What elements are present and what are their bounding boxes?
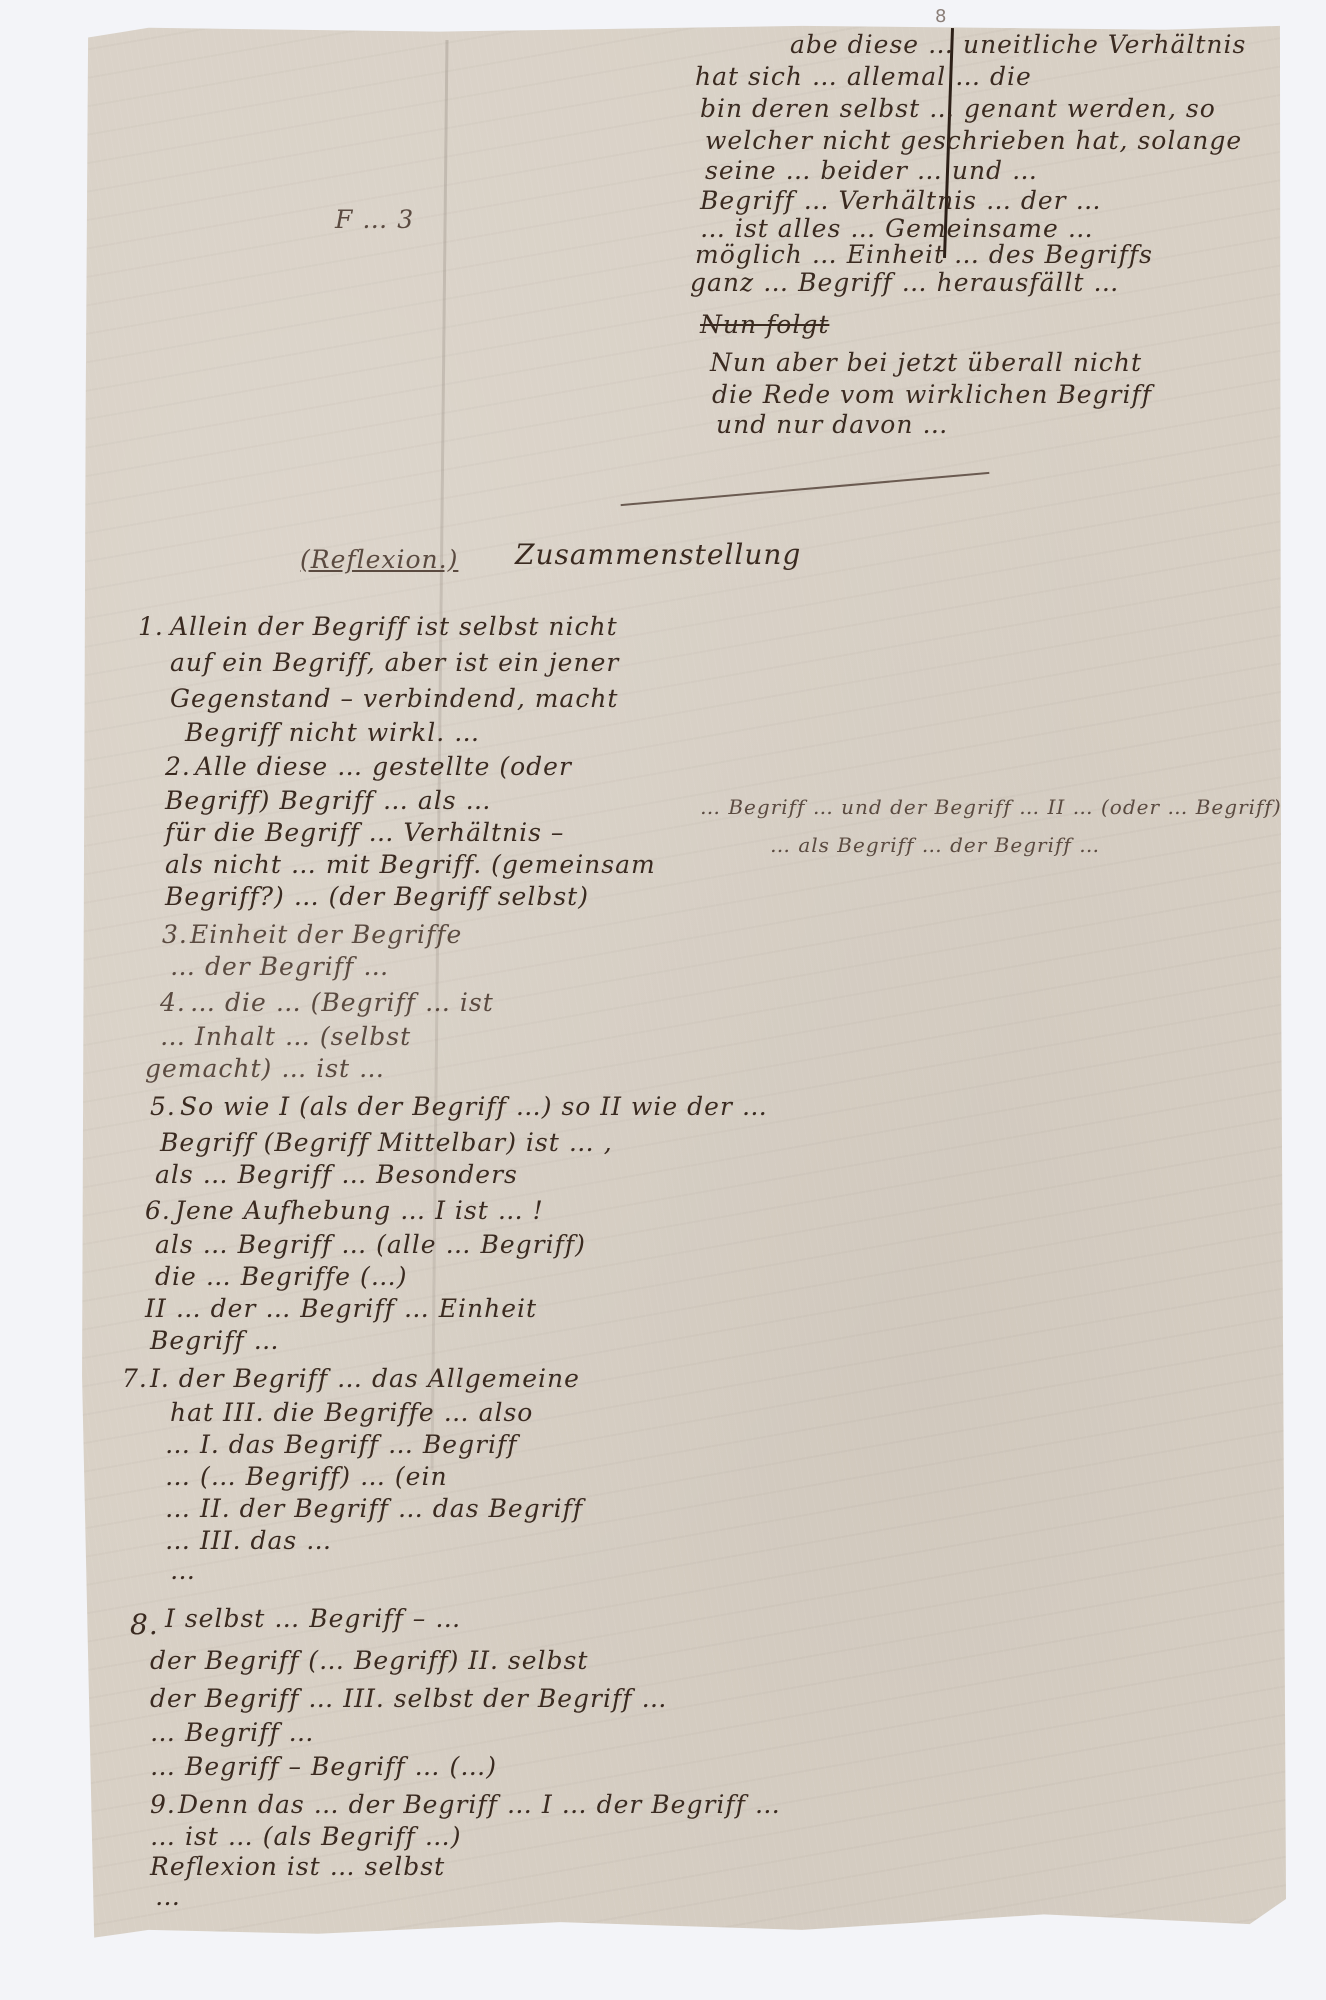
note-line: seine … beider … und … [705,156,1038,186]
item-line: So wie I (als der Begriff …) so II wie d… [180,1092,768,1122]
note-line: Begriff … Verhältnis … der … [700,186,1102,216]
note-line: hat sich … allemal … die [695,62,1032,92]
item-line: als … Begriff … (alle … Begriff) [155,1230,586,1260]
item-line: … I. das Begriff … Begriff [165,1430,518,1460]
note-line: welcher nicht geschrieben hat, solange [705,126,1242,156]
item-number: 2. [165,752,191,782]
item-number: 7. [122,1364,148,1394]
item-line: Begriff nicht wirkl. … [185,718,480,748]
item-line: der Begriff (… Begriff) II. selbst [150,1646,588,1676]
crossed-out-heading: Nun folgt [700,310,829,340]
item-line: Jene Aufhebung … I ist … ! [175,1196,544,1226]
note-block-line: Nun aber bei jetzt überall nicht [710,348,1142,378]
item-line: … ist … (als Begriff …) [150,1822,461,1852]
item-line: Gegenstand – verbindend, macht [170,684,618,714]
item-line: I selbst … Begriff – … [165,1604,461,1634]
item-line: Alle diese … gestellte (oder [195,752,572,782]
item-number: 8. [130,1610,159,1640]
note-line: bin deren selbst … genant werden, so [700,94,1216,124]
note-block-line: die Rede vom wirklichen Begriff [712,380,1152,410]
item-line: … Inhalt … (selbst [160,1022,411,1052]
item-line: als nicht … mit Begriff. (gemeinsam [165,850,656,880]
item-line: Begriff?) … (der Begriff selbst) [165,882,589,912]
item-number: 1. [138,612,164,642]
section-label: (Reflexion.) [300,545,458,575]
item-number: 5. [150,1092,176,1122]
margin-note: … Begriff … und der Begriff … II … (oder… [700,792,1282,822]
item-line: … (… Begriff) … (ein [165,1462,448,1492]
section-title: Zusammenstellung [515,540,801,570]
item-line: … [155,1882,181,1912]
item-line: die … Begriffe (…) [155,1262,408,1292]
item-number: 9. [150,1790,176,1820]
item-line: für die Begriff … Verhältnis – [165,818,564,848]
item-line: … der Begriff … [170,952,389,982]
item-line: Begriff (Begriff Mittelbar) ist … , [160,1128,613,1158]
note-block-line: und nur davon … [716,410,948,440]
item-line: Begriff) Begriff … als … [165,786,492,816]
item-number: 4. [160,988,186,1018]
item-line: … [170,1556,196,1586]
item-line: gemacht) … ist … [145,1054,385,1084]
item-line: … die … (Begriff … ist [190,988,494,1018]
item-line: Reflexion ist … selbst [150,1852,445,1882]
item-line: der Begriff … III. selbst der Begriff … [150,1684,667,1714]
note-line: ganz … Begriff … herausfällt … [690,268,1119,298]
note-line: möglich … Einheit … des Begriffs [695,240,1153,270]
item-number: 3. [162,920,188,950]
item-line: I. der Begriff … das Allgemeine [150,1364,580,1394]
note-line: abe diese … uneitliche Verhältnis [790,30,1246,60]
header-fragment: F … 3 [335,205,414,235]
margin-note: … als Begriff … der Begriff … [770,830,1100,860]
item-line: hat III. die Begriffe … also [170,1398,533,1428]
item-line: Begriff … [150,1326,280,1356]
page-number: 8 [935,6,946,27]
item-line: auf ein Begriff, aber ist ein jener [170,648,619,678]
item-line: … III. das … [165,1526,332,1556]
item-line: … II. der Begriff … das Begriff [165,1494,583,1524]
item-line: II … der … Begriff … Einheit [145,1294,537,1324]
item-line: Allein der Begriff ist selbst nicht [170,612,618,642]
item-line: … Begriff – Begriff … (…) [150,1752,497,1782]
item-line: Denn das … der Begriff … I … der Begriff… [178,1790,781,1820]
item-line: als … Begriff … Besonders [155,1160,518,1190]
item-line: … Begriff … [150,1718,315,1748]
item-number: 6. [145,1196,171,1226]
item-line: Einheit der Begriffe [190,920,462,950]
